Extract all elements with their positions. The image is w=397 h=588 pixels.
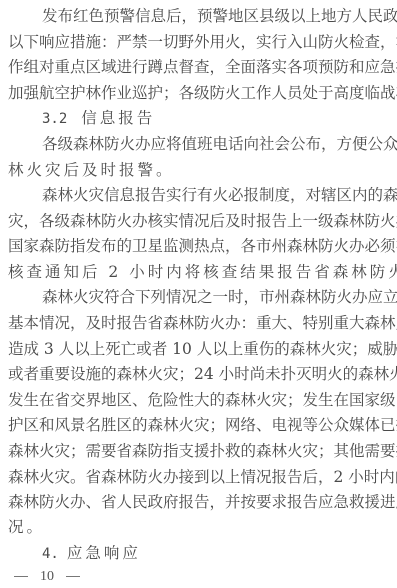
paragraph-line: 或者重要设施的森林火灾；24 小时尚未扑灭明火的森林火灾； [8,363,389,385]
page-number: 10 [40,569,54,584]
section-title: 应急响应 [67,544,141,562]
paragraph-line: 发布红色预警信息后，预警地区县级以上地方人民政府启动 [42,5,389,27]
paragraph-line: 护区和风景名胜区的森林火灾；网络、电视等公众媒体已播发的 [8,414,389,436]
document-page: 发布红色预警信息后，预警地区县级以上地方人民政府启动 以下响应措施：严禁一切野外… [0,0,397,588]
section-title: 信息报告 [81,109,155,127]
paragraph-line: 森林防火办、省人民政府报告，并按要求报告应急救援进展情 [8,491,389,513]
footer-dash-left [14,576,28,577]
section-heading-3-2: 3.2信息报告 [42,107,389,129]
paragraph-line: 基本情况，及时报告省森林防火办：重大、特别重大森林火灾； [8,312,389,334]
paragraph-line: 森林火灾符合下列情况之一时，市州森林防火办应立即核准 [42,286,389,308]
section-number: 4. [42,546,59,562]
paragraph-line: 森林火灾；需要省森防指支援扑救的森林火灾；其他需要报告的 [8,440,389,462]
paragraph-line: 林火灾后及时报警。 [8,159,389,181]
paragraph-line: 作组对重点区域进行蹲点督查，全面落实各项预防和应急措施， [8,56,389,78]
footer-dash-right [66,576,80,577]
paragraph-line: 各级森林防火办应将值班电话向社会公布，方便公众发现森 [42,133,389,155]
paragraph-line: 核查通知后 2 小时内将核查结果报告省森林防火办。 [8,261,389,283]
paragraph-line: 灾，各级森林防火办核实情况后及时报告上一级森林防火办。对 [8,210,389,232]
section-heading-4: 4.应急响应 [42,542,389,564]
paragraph-line: 森林火灾信息报告实行有火必报制度，对辖区内的森林火 [42,184,389,206]
paragraph-line: 国家森防指发布的卫星监测热点，各市州森林防火办必须在接到 [8,235,389,257]
section-number: 3.2 [42,111,67,127]
paragraph-line: 发生在省交界地区、危险性大的森林火灾；发生在国家级自然保 [8,389,389,411]
paragraph-line: 森林火灾。省森林防火办接到以上情况报告后，2 小时内向国家 [8,466,389,488]
paragraph-line: 以下响应措施：严禁一切野外用火，实行入山防火检查，派出工 [8,31,389,53]
paragraph-line: 加强航空护林作业巡护；各级防火工作人员处于高度临战状态。 [8,82,389,104]
page-footer: 10 [14,566,80,586]
paragraph-line: 造成 3 人以上死亡或者 10 人以上重伤的森林火灾；威胁居民区 [8,338,389,360]
paragraph-line: 况。 [8,516,389,538]
